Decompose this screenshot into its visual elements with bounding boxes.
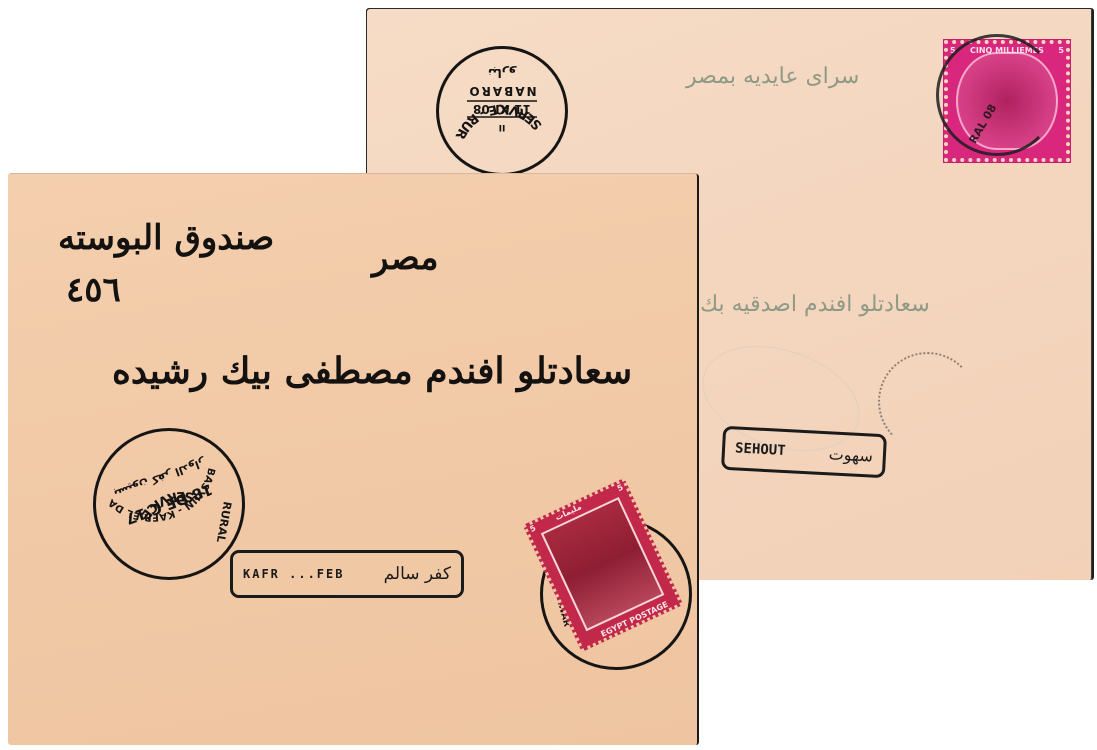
svg-text:II: II xyxy=(499,122,506,132)
front-handwriting-address: ﺳﻌﺎﺩﺗﻠﻮ ﺍﻓﻨﺪﻡ ﻣﺼﻄﻔﻰ ﺑﻴﻚ ﺭﺷﻴﺪﻩ xyxy=(112,350,632,392)
kafr-cachet: KAFR ...FEB ﻛﻔﺮ ﺳﺎﻟﻢ xyxy=(230,550,464,598)
front-handwriting-box-number: ٤٥٦ xyxy=(66,270,121,310)
svg-text:08: 08 xyxy=(473,102,490,116)
back-handwriting-top: ﺳﺮﺍﻯ ﻋﺎﻳﺪﻳﻪ ﺑﻤﺼﺮ xyxy=(686,64,859,89)
back-handwriting-address: ﺳﻌﺎﺩﺗﻠﻮ ﺍﻓﻨﺪﻡ ﺍﺻﺪﻗﻴﻪ ﺑﻚ xyxy=(700,292,930,317)
svg-text:RURAL: RURAL xyxy=(214,500,234,543)
front-handwriting-po-box: ﺻﻨﺪﻭﻕ ﺍﻟﺒﻮﺳﺘﻪ xyxy=(58,218,274,258)
svg-text:RAL 08: RAL 08 xyxy=(966,102,999,146)
svg-text:11: 11 xyxy=(514,102,531,116)
basyun-postmark: BASYUN - KAFR EL DAWAR SERVICE 18 DE C 1… xyxy=(93,428,245,580)
nabaro-postmark: SERVICE - RURAL II 11 XI 08 NABARO ﻧﺒﺎﺭﻭ xyxy=(436,46,568,176)
svg-text:XI: XI xyxy=(495,102,509,116)
front-handwriting-city: ﻣﺼﺮ xyxy=(372,238,438,278)
faint-postmark xyxy=(878,352,977,451)
svg-text:ﻧﺒﺎﺭﻭ: ﻧﺒﺎﺭﻭ xyxy=(488,65,517,80)
sehout-cachet: SEHOUT ﺳﻬﻮﺕ xyxy=(721,426,887,479)
svg-text:NABARO: NABARO xyxy=(467,84,536,98)
back-stamp-cancel: RAL 08 xyxy=(936,34,1058,156)
